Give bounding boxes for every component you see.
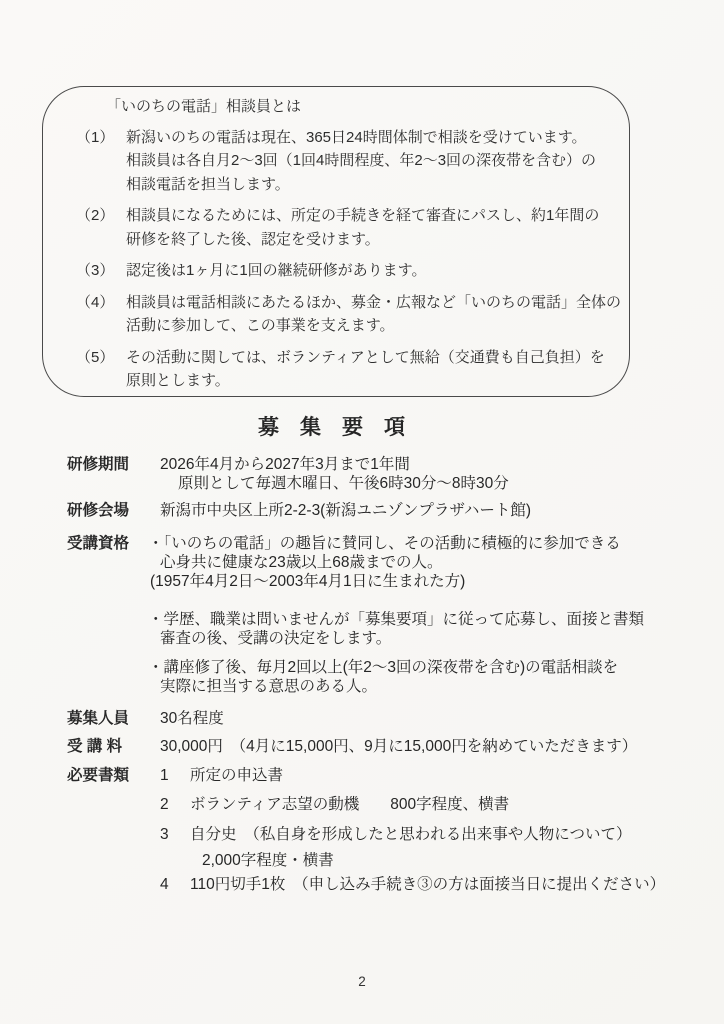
item-text: 新潟いのちの電話は現在、365日24時間体制で相談を受けています。 相談員は各自… (126, 126, 613, 197)
row-line: ・講座修了後、毎月2回以上(年2～3回の深夜帯を含む)の電話相談を (148, 658, 644, 677)
row-line: ボランティア志望の動機 800字程度、横書 (190, 795, 509, 814)
row-fee: 受 講 料 30,000円 （4月に15,000円、9月に15,000円を納めて… (67, 737, 637, 756)
item-text: 認定後は1ヶ月に1回の継続研修があります。 (126, 259, 613, 283)
item-line: その活動に関しては、ボランティアとして無給（交通費も自己負担）を (126, 346, 613, 370)
row-training-period: 研修期間 2026年4月から2027年3月まで1年間 原則として毎週木曜日、午後… (67, 455, 509, 493)
item-line: 原則とします。 (126, 369, 613, 393)
item-line: 活動に参加して、この事業を支えます。 (126, 314, 621, 338)
item-number: （1） (76, 126, 126, 197)
item-line: 相談電話を担当します。 (126, 173, 613, 197)
row-label: 募集人員 (67, 709, 160, 728)
item-line: 相談員になるためには、所定の手続きを経て審査にパスし、約1年間の (126, 204, 613, 228)
row-label: 研修期間 (67, 455, 160, 493)
row-line: 2026年4月から2027年3月まで1年間 (160, 455, 509, 474)
document-item-1: 1 所定の申込書 (160, 766, 665, 785)
row-content: 30,000円 （4月に15,000円、9月に15,000円を納めていただきます… (160, 737, 637, 756)
document-item-2: 2 ボランティア志望の動機 800字程度、横書 (160, 795, 665, 814)
page-number: 2 (0, 974, 724, 989)
row-content: 2026年4月から2027年3月まで1年間 原則として毎週木曜日、午後6時30分… (160, 455, 509, 493)
item-line: 認定後は1ヶ月に1回の継続研修があります。 (126, 259, 613, 283)
document-page: 「いのちの電話」相談員とは （1） 新潟いのちの電話は現在、365日24時間体制… (0, 0, 724, 1024)
row-label: 受講資格 (67, 534, 148, 696)
document-item-number: 4 (160, 875, 190, 894)
document-item-number: 1 (160, 766, 190, 785)
document-item-text: ボランティア志望の動機 800字程度、横書 (190, 795, 509, 814)
item-text: 相談員になるためには、所定の手続きを経て審査にパスし、約1年間の 研修を終了した… (126, 204, 613, 251)
item-number: （3） (76, 259, 126, 283)
box-item-3: （3） 認定後は1ヶ月に1回の継続研修があります。 (76, 259, 613, 283)
row-label: 研修会場 (67, 501, 160, 520)
row-capacity: 募集人員 30名程度 (67, 709, 224, 728)
row-line: (1957年4月2日～2003年4月1日に生まれた方) (148, 572, 644, 591)
box-title: 「いのちの電話」相談員とは (106, 95, 613, 119)
row-line: 30,000円 （4月に15,000円、9月に15,000円を納めていただきます… (160, 737, 637, 756)
row-line: 原則として毎週木曜日、午後6時30分～8時30分 (160, 474, 509, 493)
document-item-4: 4 110円切手1枚 （申し込み手続き③の方は面接当日に提出ください） (160, 875, 665, 894)
item-line: 相談員は各自月2～3回（1回4時間程度、年2～3回の深夜帯を含む）の (126, 149, 613, 173)
eligibility-block-1: ・「いのちの電話」の趣旨に賛同し、その活動に積極的に参加できる 心身共に健康な2… (148, 534, 644, 591)
counselor-description-box: 「いのちの電話」相談員とは （1） 新潟いのちの電話は現在、365日24時間体制… (42, 86, 630, 397)
row-label: 受 講 料 (67, 737, 160, 756)
document-item-text: 自分史 （私自身を形成したと思われる出来事や人物について） 2,000字程度・横… (190, 825, 631, 870)
item-number: （4） (76, 291, 126, 338)
row-content: 30名程度 (160, 709, 224, 728)
row-line: 実際に担当する意思のある人。 (148, 677, 644, 696)
row-content: 1 所定の申込書 2 ボランティア志望の動機 800字程度、横書 3 自分史 （… (160, 766, 665, 894)
eligibility-block-3: ・講座修了後、毎月2回以上(年2～3回の深夜帯を含む)の電話相談を 実際に担当す… (148, 658, 644, 696)
row-line: 心身共に健康な23歳以上68歳までの人。 (148, 553, 644, 572)
row-label: 必要書類 (67, 766, 160, 894)
row-content: 新潟市中央区上所2-2-3(新潟ユニゾンプラザハート館) (160, 501, 531, 520)
document-item-text: 所定の申込書 (190, 766, 283, 785)
row-documents: 必要書類 1 所定の申込書 2 ボランティア志望の動機 800字程度、横書 3 … (67, 766, 665, 894)
row-line: 110円切手1枚 （申し込み手続き③の方は面接当日に提出ください） (190, 875, 665, 894)
document-item-text: 110円切手1枚 （申し込み手続き③の方は面接当日に提出ください） (190, 875, 665, 894)
eligibility-block-2: ・学歴、職業は問いませんが「募集要項」に従って応募し、面接と書類 審査の後、受講… (148, 610, 644, 648)
item-line: 新潟いのちの電話は現在、365日24時間体制で相談を受けています。 (126, 126, 613, 150)
document-item-number: 2 (160, 795, 190, 814)
item-number: （2） (76, 204, 126, 251)
row-line: 自分史 （私自身を形成したと思われる出来事や人物について） (190, 825, 631, 844)
box-item-4: （4） 相談員は電話相談にあたるほか、募金・広報など「いのちの電話」全体の 活動… (76, 291, 613, 338)
box-item-5: （5） その活動に関しては、ボランティアとして無給（交通費も自己負担）を 原則と… (76, 346, 613, 393)
recruitment-title: 募 集 要 項 (258, 415, 405, 441)
row-line: 審査の後、受講の決定をします。 (148, 629, 644, 648)
row-line: ・「いのちの電話」の趣旨に賛同し、その活動に積極的に参加できる (148, 534, 644, 553)
item-line: 研修を終了した後、認定を受けます。 (126, 228, 613, 252)
row-line: 30名程度 (160, 709, 224, 728)
item-line: 相談員は電話相談にあたるほか、募金・広報など「いのちの電話」全体の (126, 291, 621, 315)
item-number: （5） (76, 346, 126, 393)
document-item-number: 3 (160, 825, 190, 870)
row-line: ・学歴、職業は問いませんが「募集要項」に従って応募し、面接と書類 (148, 610, 644, 629)
item-text: その活動に関しては、ボランティアとして無給（交通費も自己負担）を 原則とします。 (126, 346, 613, 393)
row-line: 新潟市中央区上所2-2-3(新潟ユニゾンプラザハート館) (160, 501, 531, 520)
box-item-1: （1） 新潟いのちの電話は現在、365日24時間体制で相談を受けています。 相談… (76, 126, 613, 197)
item-text: 相談員は電話相談にあたるほか、募金・広報など「いのちの電話」全体の 活動に参加し… (126, 291, 621, 338)
row-line: 2,000字程度・横書 (190, 851, 631, 870)
row-eligibility: 受講資格 ・「いのちの電話」の趣旨に賛同し、その活動に積極的に参加できる 心身共… (67, 534, 644, 696)
row-venue: 研修会場 新潟市中央区上所2-2-3(新潟ユニゾンプラザハート館) (67, 501, 531, 520)
row-content: ・「いのちの電話」の趣旨に賛同し、その活動に積極的に参加できる 心身共に健康な2… (148, 534, 644, 696)
row-line: 所定の申込書 (190, 766, 283, 785)
document-item-3: 3 自分史 （私自身を形成したと思われる出来事や人物について） 2,000字程度… (160, 825, 665, 870)
box-item-2: （2） 相談員になるためには、所定の手続きを経て審査にパスし、約1年間の 研修を… (76, 204, 613, 251)
